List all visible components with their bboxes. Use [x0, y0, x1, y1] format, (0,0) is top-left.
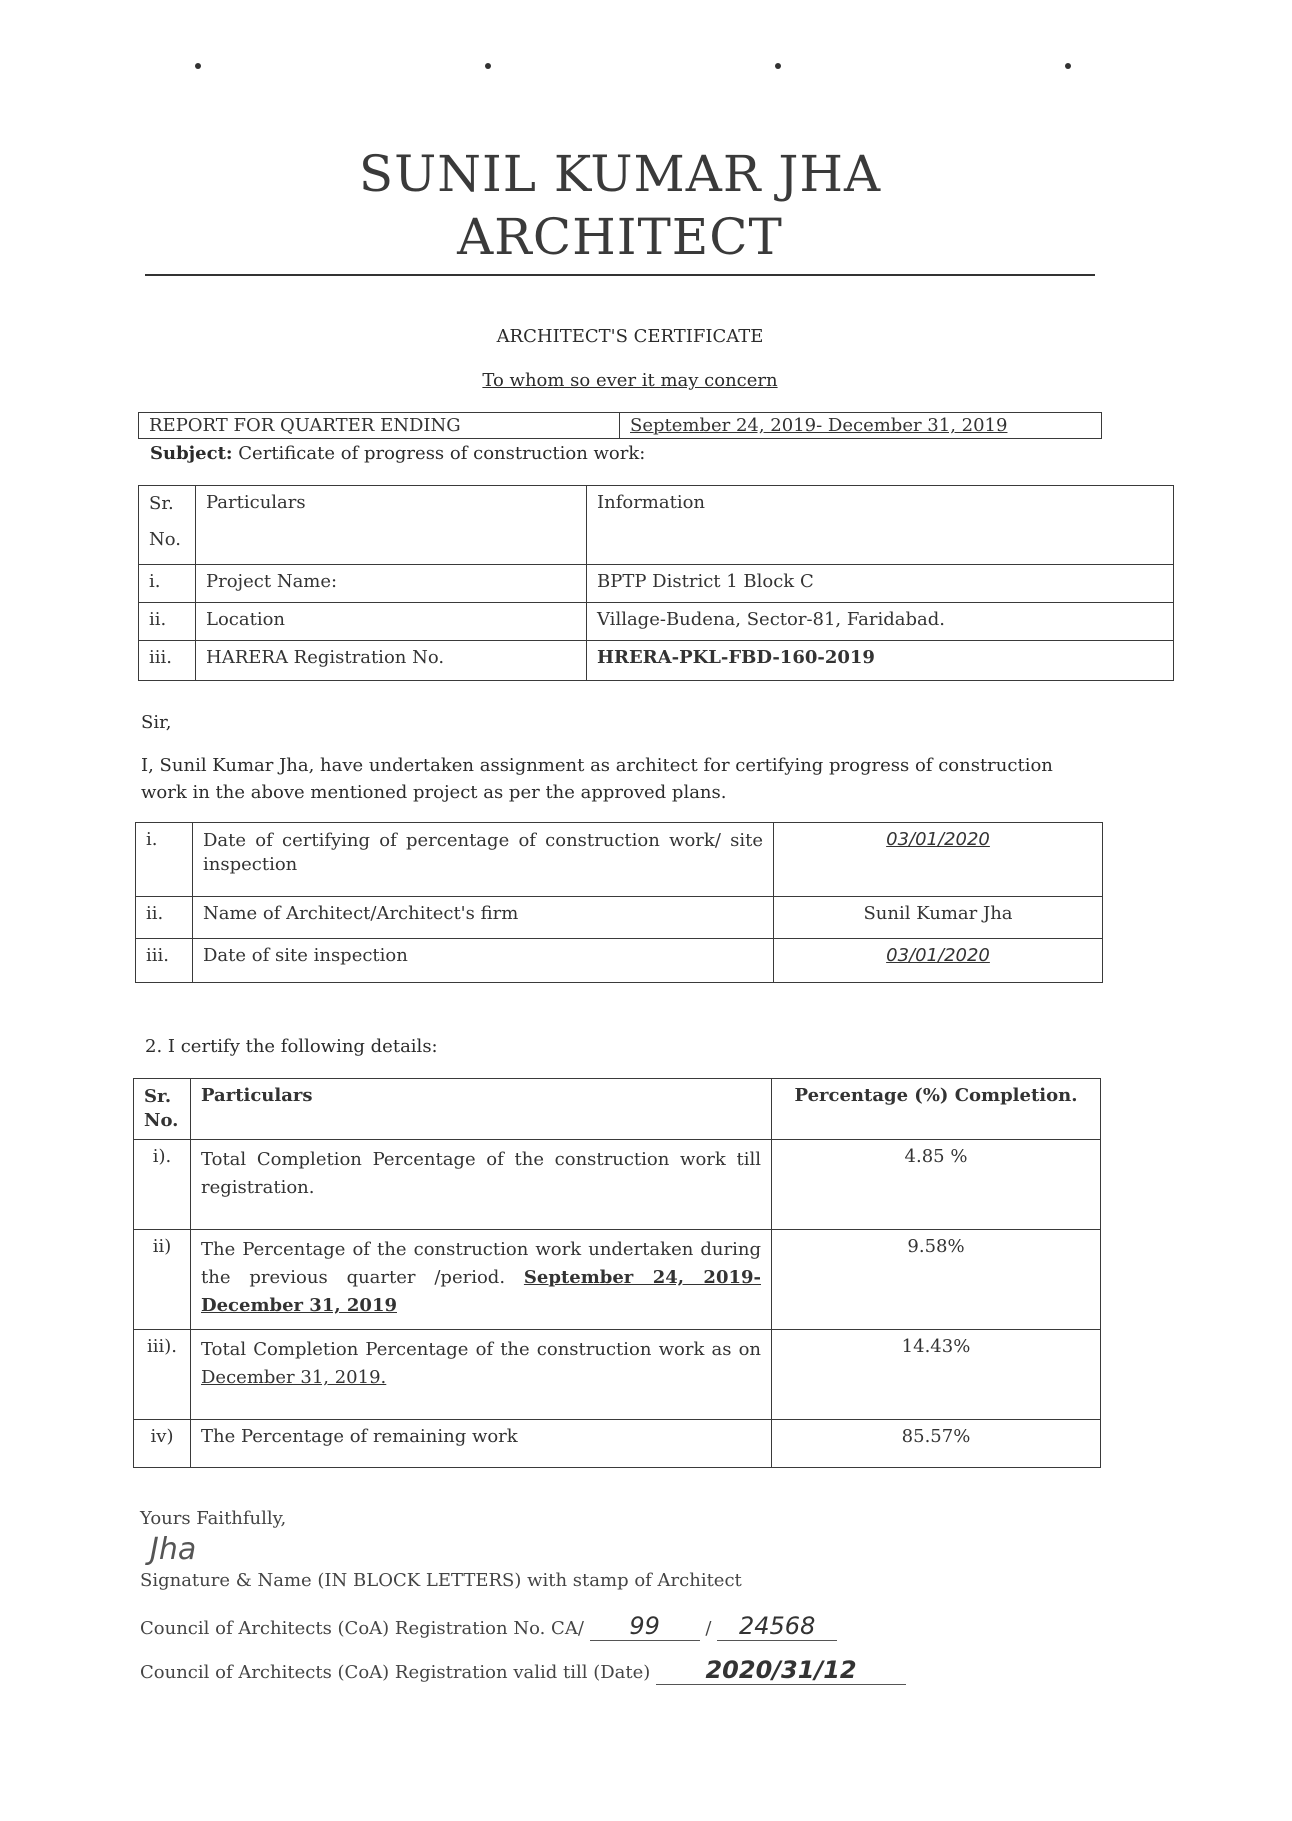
greeting: Sir,: [141, 712, 171, 733]
coa-valid-value: 2020/31/12: [656, 1656, 906, 1685]
header-percentage: Percentage (%) Completion.: [772, 1079, 1101, 1140]
row-sr: ii.: [139, 603, 196, 641]
completion-table: Sr. No. Particulars Percentage (%) Compl…: [133, 1078, 1101, 1468]
row-particular: Project Name:: [196, 565, 587, 603]
table-row: ii. Name of Architect/Architect's firm S…: [136, 897, 1103, 939]
coa-valid: Council of Architects (CoA) Registration…: [140, 1656, 906, 1685]
certify-heading: 2. I certify the following details:: [145, 1036, 438, 1057]
table-row: i. Project Name: BPTP District 1 Block C: [139, 565, 1174, 603]
coa-valid-label: Council of Architects (CoA) Registration…: [140, 1662, 650, 1683]
completion-value: 14.43%: [772, 1330, 1101, 1420]
coa-reg-part2: 24568: [717, 1612, 837, 1641]
row-particular: Location: [196, 603, 587, 641]
row-sr: iii).: [134, 1330, 191, 1420]
quarter-label: REPORT FOR QUARTER ENDING: [139, 413, 620, 439]
table-row: iii. Date of site inspection 03/01/2020: [136, 939, 1103, 983]
coa-reg-sep: /: [705, 1618, 711, 1639]
row-particular: Date of site inspection: [193, 939, 774, 983]
header-sr: Sr. No.: [139, 486, 196, 565]
row-particular: The Percentage of remaining work: [191, 1420, 772, 1468]
letterhead-rule: [145, 274, 1095, 276]
subject-line: Subject: Certificate of progress of cons…: [150, 443, 645, 464]
row-sr: ii.: [136, 897, 193, 939]
completion-value: 4.85 %: [772, 1140, 1101, 1230]
yours-faithfully: Yours Faithfully,: [140, 1508, 286, 1529]
table-row: i. Date of certifying of percentage of c…: [136, 823, 1103, 897]
row-particular: Date of certifying of percentage of cons…: [193, 823, 774, 897]
coa-reg-part1: 99: [590, 1612, 700, 1641]
row-info: HRERA-PKL-FBD-160-2019: [587, 641, 1174, 681]
table-row: ii) The Percentage of the construction w…: [134, 1230, 1101, 1330]
table-row: iii. HARERA Registration No. HRERA-PKL-F…: [139, 641, 1174, 681]
header-particulars: Particulars: [196, 486, 587, 565]
table-row: ii. Location Village-Budena, Sector-81, …: [139, 603, 1174, 641]
row-sr: ii): [134, 1230, 191, 1330]
punch-mark: [195, 63, 201, 69]
header-sr: Sr. No.: [134, 1079, 191, 1140]
punch-mark: [1065, 63, 1071, 69]
inspection-table: i. Date of certifying of percentage of c…: [135, 822, 1103, 983]
row-sr: i.: [139, 565, 196, 603]
particular-text: Total Completion Percentage of the const…: [201, 1339, 761, 1360]
letterhead-profession: ARCHITECT: [0, 208, 1240, 266]
date-text: December 31, 2019.: [201, 1367, 386, 1388]
subject-text: Certificate of progress of construction …: [233, 443, 646, 464]
signature-label: Signature & Name (IN BLOCK LETTERS) with…: [140, 1570, 742, 1591]
salutation-line: To whom so ever it may concern: [10, 370, 1250, 391]
certifying-date-value: 03/01/2020: [774, 823, 1103, 897]
coa-reg-label: Council of Architects (CoA) Registration…: [140, 1618, 584, 1639]
completion-value: 85.57%: [772, 1420, 1101, 1468]
row-sr: iv): [134, 1420, 191, 1468]
quarter-table: REPORT FOR QUARTER ENDING September 24, …: [138, 412, 1102, 439]
row-sr: i).: [134, 1140, 191, 1230]
letterhead-name: SUNIL KUMAR JHA: [0, 145, 1240, 203]
particular-text: Total Completion Percentage of the const…: [201, 1149, 761, 1198]
punch-mark: [485, 63, 491, 69]
row-particular: Total Completion Percentage of the const…: [191, 1330, 772, 1420]
header-information: Information: [587, 486, 1174, 565]
certificate-title: ARCHITECT'S CERTIFICATE: [10, 326, 1250, 347]
table-row: i). Total Completion Percentage of the c…: [134, 1140, 1101, 1230]
row-info: Village-Budena, Sector-81, Faridabad.: [587, 603, 1174, 641]
row-info: BPTP District 1 Block C: [587, 565, 1174, 603]
table-row: iv) The Percentage of remaining work 85.…: [134, 1420, 1101, 1468]
particular-text: The Percentage of remaining work: [201, 1426, 518, 1447]
punch-mark: [775, 63, 781, 69]
subject-label: Subject:: [150, 443, 233, 464]
quarter-value: September 24, 2019- December 31, 2019: [620, 413, 1102, 439]
architect-name-value: Sunil Kumar Jha: [774, 897, 1103, 939]
header-particulars: Particulars: [191, 1079, 772, 1140]
project-table: Sr. No. Particulars Information i. Proje…: [138, 485, 1174, 681]
row-particular: HARERA Registration No.: [196, 641, 587, 681]
inspection-date-value: 03/01/2020: [774, 939, 1103, 983]
table-row: iii). Total Completion Percentage of the…: [134, 1330, 1101, 1420]
signature: Jha: [150, 1532, 196, 1567]
coa-registration: Council of Architects (CoA) Registration…: [140, 1612, 837, 1641]
row-particular: The Percentage of the construction work …: [191, 1230, 772, 1330]
row-sr: iii.: [136, 939, 193, 983]
row-particular: Name of Architect/Architect's firm: [193, 897, 774, 939]
completion-value: 9.58%: [772, 1230, 1101, 1330]
row-particular: Total Completion Percentage of the const…: [191, 1140, 772, 1230]
row-sr: i.: [136, 823, 193, 897]
intro-paragraph: I, Sunil Kumar Jha, have undertaken assi…: [141, 752, 1101, 806]
row-sr: iii.: [139, 641, 196, 681]
